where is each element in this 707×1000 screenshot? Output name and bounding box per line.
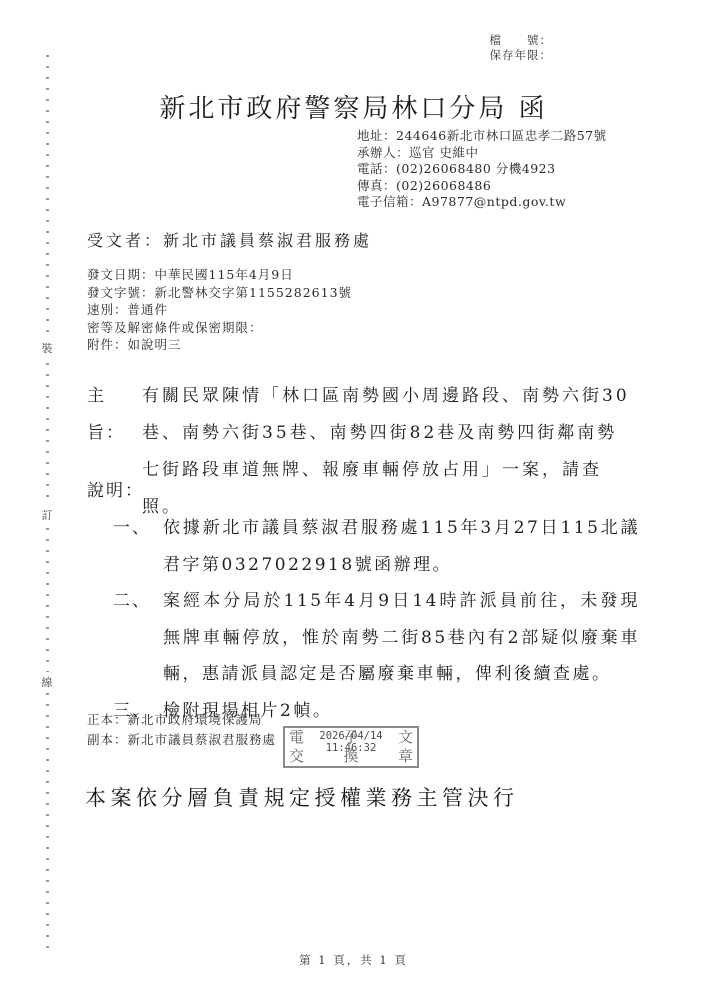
description-items: 一、 依據新北市議員蔡淑君服務處115年3月27日115北議君字第0327022… [113,510,640,729]
sender-address: 地址：244646新北市林口區忠孝二路57號 [357,128,607,145]
subject-text: 有關民眾陳情「林口區南勢國小周邊路段、南勢六街30巷、南勢六街35巷、南勢四街8… [142,378,632,526]
binding-mark-zhuang: 裝 [36,338,58,358]
stamp-date: 2026/04/14 [285,730,417,742]
electronic-exchange-stamp: 電 子 文 交 換 章 2026/04/14 11:46:32 [283,726,419,768]
item-number: 二、 [113,583,163,693]
security-class: 密等及解密條件或保密期限： [87,319,352,337]
retention-period-label: 保存年限： [490,48,553,63]
file-number-label: 檔 號： [490,33,553,48]
stamp-datetime: 2026/04/14 11:46:32 [285,730,417,754]
description-item-1: 一、 依據新北市議員蔡淑君服務處115年3月27日115北議君字第0327022… [113,510,640,583]
document-meta-block: 發文日期：中華民國115年4月9日 發文字號：新北警林交字第1155282613… [87,266,352,354]
binding-dotted-line [46,55,49,950]
recipient-line: 受文者：新北市議員蔡淑君服務處 [87,228,372,251]
subject-label: 主旨： [87,378,142,526]
sender-phone: 電話：(02)26068480 分機4923 [357,161,607,178]
sender-info-block: 地址：244646新北市林口區忠孝二路57號 承辦人：巡官 史維中 電話：(02… [357,128,607,211]
binding-mark-xian: 線 [36,672,58,692]
original-copy-line: 正本：新北市政府環境保護局 [87,710,276,730]
document-page: 裝 訂 線 檔 號： 保存年限： 新北市政府警察局林口分局 函 地址：24464… [0,0,707,1000]
attachment-note: 附件：如說明三 [87,336,352,354]
stamp-time: 11:46:32 [285,742,417,754]
issue-date: 發文日期：中華民國115年4月9日 [87,266,352,284]
file-number-block: 檔 號： 保存年限： [490,33,553,63]
speed-class: 速別：普通件 [87,301,352,319]
item-text: 依據新北市議員蔡淑君服務處115年3月27日115北議君字第0327022918… [163,510,640,583]
description-item-2: 二、 案經本分局於115年4月9日14時許派員前往，未發現無牌車輛停放，惟於南勢… [113,583,640,693]
description-label: 說明： [87,476,144,501]
subject-section: 主旨： 有關民眾陳情「林口區南勢國小周邊路段、南勢六街30巷、南勢六街35巷、南… [87,378,632,526]
document-number: 發文字號：新北警林交字第1155282613號 [87,284,352,302]
binding-mark-ding: 訂 [36,505,58,525]
copies-block: 正本：新北市政府環境保護局 副本：新北市議員蔡淑君服務處 [87,710,276,750]
cc-copy-line: 副本：新北市議員蔡淑君服務處 [87,730,276,750]
sender-email: 電子信箱：A97877@ntpd.gov.tw [357,194,607,211]
page-number-footer: 第 1 頁，共 1 頁 [0,952,707,968]
item-number: 一、 [113,510,163,583]
sender-contact-person: 承辦人：巡官 史維中 [357,145,607,162]
sender-fax: 傳真：(02)26068486 [357,178,607,195]
authorization-line: 本案依分層負責規定授權業務主管決行 [85,782,519,812]
document-title: 新北市政府警察局林口分局 函 [0,88,707,125]
item-text: 案經本分局於115年4月9日14時許派員前往，未發現無牌車輛停放，惟於南勢二街8… [163,583,640,693]
